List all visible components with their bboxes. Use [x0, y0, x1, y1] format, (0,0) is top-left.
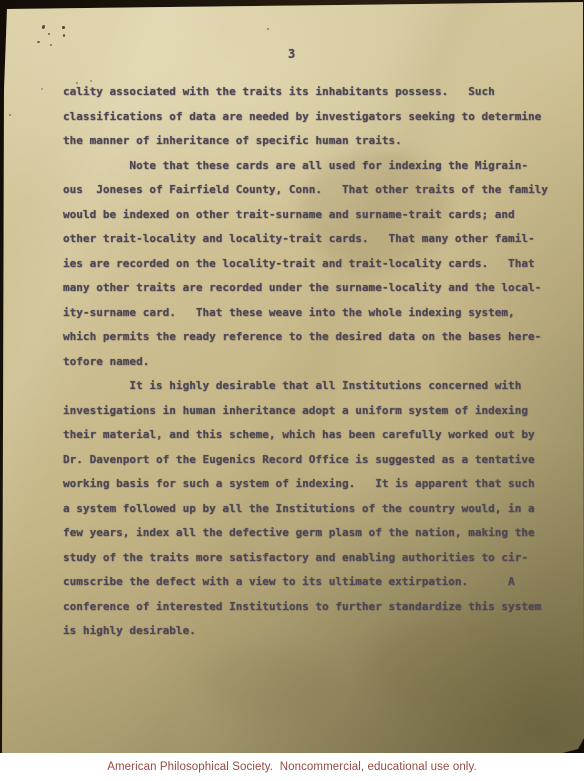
document-text: cality associated with the traits its in…: [63, 80, 568, 644]
text-line: investigations in human inheritance adop…: [63, 399, 568, 424]
text-line: ous Joneses of Fairfield County, Conn. T…: [63, 178, 568, 203]
text-line: which permits the ready reference to the…: [63, 325, 568, 350]
text-line: few years, index all the defective germ …: [63, 521, 568, 546]
text-line: a system followed up by all the Institut…: [63, 497, 568, 522]
text-line: ity-surname card. That these weave into …: [63, 301, 568, 326]
text-line: many other traits are recorded under the…: [63, 276, 568, 301]
text-line: would be indexed on other trait-surname …: [63, 203, 568, 228]
text-line: working basis for such a system of index…: [63, 472, 568, 497]
text-line: study of the traits more satisfactory an…: [63, 546, 568, 571]
caption-bar: American Philosophical Society. Noncomme…: [0, 753, 584, 781]
text-line: classifications of data are needed by in…: [63, 105, 568, 130]
text-line: their material, and this scheme, which h…: [63, 423, 568, 448]
text-line: Note that these cards are all used for i…: [63, 154, 568, 179]
page-number: 3: [288, 47, 295, 61]
scanned-document: 3 cality associated with the traits its …: [0, 0, 584, 781]
text-line: conference of interested Institutions to…: [63, 595, 568, 620]
text-line: Dr. Davenport of the Eugenics Record Off…: [63, 448, 568, 473]
text-line: cumscribe the defect with a view to its …: [63, 570, 568, 595]
text-line: the manner of inheritance of specific hu…: [63, 129, 568, 154]
text-line: cality associated with the traits its in…: [63, 80, 568, 105]
text-line: other trait-locality and locality-trait …: [63, 227, 568, 252]
text-line: is highly desirable.: [63, 619, 568, 644]
text-line: It is highly desirable that all Institut…: [63, 374, 568, 399]
text-line: ies are recorded on the locality-trait a…: [63, 252, 568, 277]
text-line: tofore named.: [63, 350, 568, 375]
caption-text: American Philosophical Society. Noncomme…: [107, 761, 477, 773]
